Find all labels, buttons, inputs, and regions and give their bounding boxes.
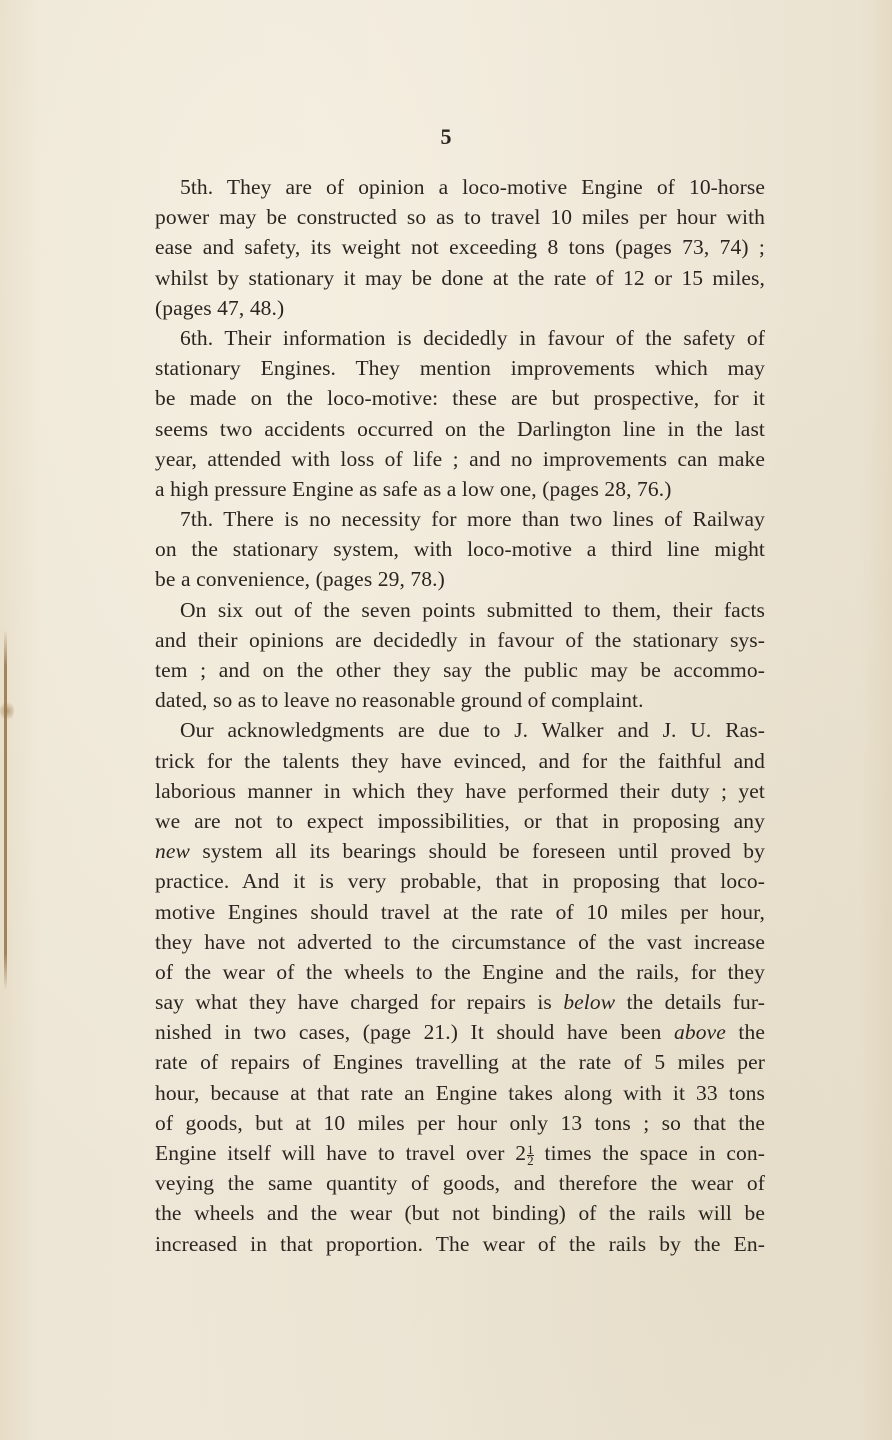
text-line: power may be constructed so as to travel… <box>155 202 765 232</box>
text-line: of goods, but at 10 miles per hour only … <box>155 1108 765 1138</box>
italic-word: below <box>563 990 615 1014</box>
line-text: the <box>726 1020 765 1044</box>
text-line: they have not adverted to the circumstan… <box>155 927 765 957</box>
italic-word: new <box>155 839 190 863</box>
text-line: new system all its bearings should be fo… <box>155 836 765 866</box>
text-line: veying the same quantity of goods, and t… <box>155 1168 765 1198</box>
text-line: ease and safety, its weight not exceedin… <box>155 232 765 262</box>
text-line: laborious manner in which they have perf… <box>155 776 765 806</box>
text-line: Engine itself will have to travel over 2… <box>155 1138 765 1168</box>
text-line: a high pressure Engine as safe as a low … <box>155 474 765 504</box>
text-line: the wheels and the wear (but not binding… <box>155 1198 765 1228</box>
line-text: the details fur- <box>615 990 765 1014</box>
line-text: nished in two cases, (page 21.) It shoul… <box>155 1020 674 1044</box>
text-line: whilst by stationary it may be done at t… <box>155 263 765 293</box>
text-line: practice. And it is very probable, that … <box>155 866 765 896</box>
body-text: 5th. They are of opinion a loco-motive E… <box>155 172 765 1259</box>
text-line: year, attended with loss of life ; and n… <box>155 444 765 474</box>
text-line: be made on the loco-motive: these are bu… <box>155 383 765 413</box>
line-text: system all its bearings should be forese… <box>190 839 765 863</box>
text-line: we are not to expect impossibilities, or… <box>155 806 765 836</box>
line-text: times the space in con- <box>534 1141 765 1165</box>
binding-thread <box>0 700 14 722</box>
book-page: 5 5th. They are of opinion a loco-motive… <box>0 0 892 1440</box>
text-line: and their opinions are decidedly in favo… <box>155 625 765 655</box>
text-line: 6th. Their information is decidedly in f… <box>155 323 765 353</box>
line-text: say what they have charged for repairs i… <box>155 990 563 1014</box>
text-line: be a convenience, (pages 29, 78.) <box>155 564 765 594</box>
text-line: dated, so as to leave no reasonable grou… <box>155 685 765 715</box>
text-line: increased in that proportion. The wear o… <box>155 1229 765 1259</box>
text-line: say what they have charged for repairs i… <box>155 987 765 1017</box>
text-line: on the stationary system, with loco-moti… <box>155 534 765 564</box>
text-line: seems two accidents occurred on the Darl… <box>155 414 765 444</box>
page-number: 5 <box>0 124 892 150</box>
text-line: 7th. There is no necessity for more than… <box>155 504 765 534</box>
text-line: trick for the talents they have evinced,… <box>155 746 765 776</box>
text-line: of the wear of the wheels to the Engine … <box>155 957 765 987</box>
text-line: On six out of the seven points submitted… <box>155 595 765 625</box>
text-line: 5th. They are of opinion a loco-motive E… <box>155 172 765 202</box>
text-line: motive Engines should travel at the rate… <box>155 897 765 927</box>
line-text: Engine itself will have to travel over 2 <box>155 1141 526 1165</box>
text-line: Our acknowledgments are due to J. Walker… <box>155 715 765 745</box>
text-line: (pages 47, 48.) <box>155 293 765 323</box>
text-line: nished in two cases, (page 21.) It shoul… <box>155 1017 765 1047</box>
text-line: stationary Engines. They mention improve… <box>155 353 765 383</box>
text-line: rate of repairs of Engines travelling at… <box>155 1047 765 1077</box>
italic-word: above <box>674 1020 726 1044</box>
fraction: 12 <box>527 1145 534 1166</box>
text-line: tem ; and on the other they say the publ… <box>155 655 765 685</box>
text-line: hour, because at that rate an Engine tak… <box>155 1078 765 1108</box>
binding-edge <box>4 630 7 990</box>
